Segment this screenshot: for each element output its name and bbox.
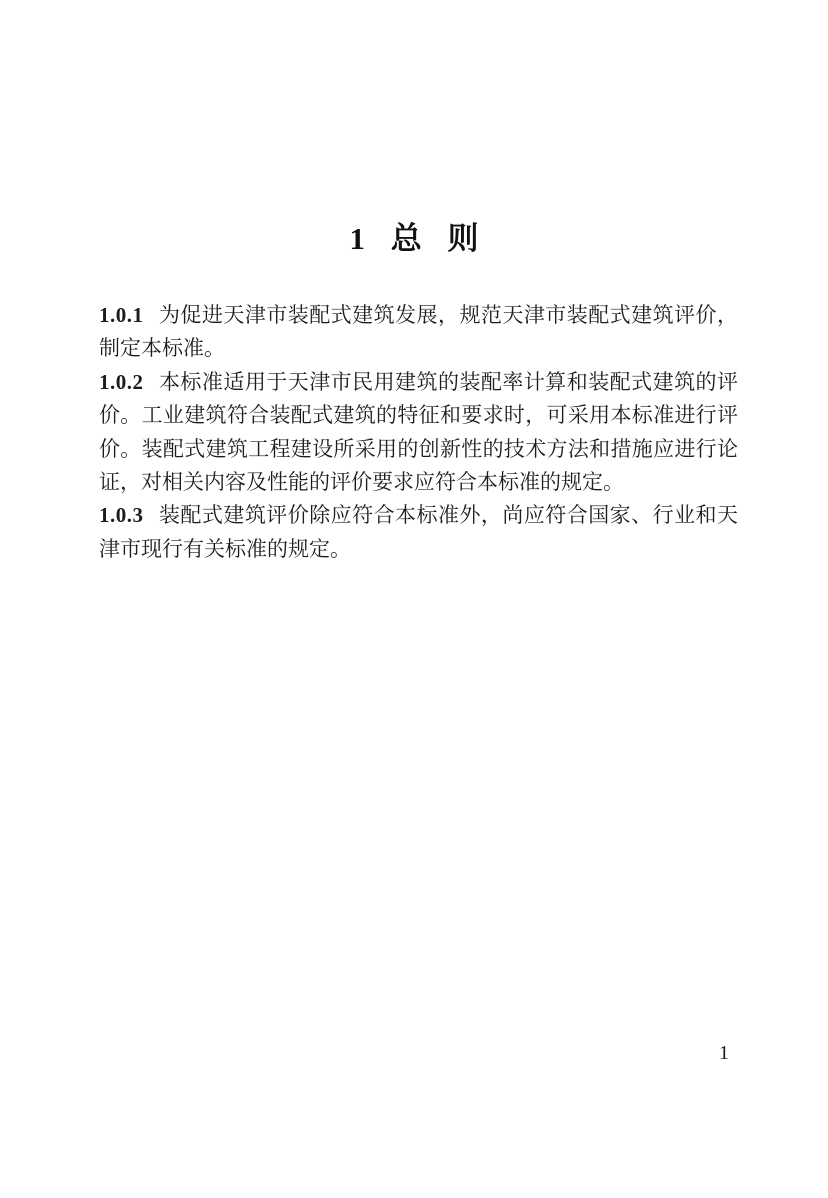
clause-paragraph: 1.0.1为促进天津市装配式建筑发展，规范天津市装配式建筑评价，制定本标准。 (99, 299, 738, 366)
clause-paragraph: 1.0.3装配式建筑评价除应符合本标准外，尚应符合国家、行业和天津市现行有关标准… (99, 499, 738, 566)
clause-text: 装配式建筑评价除应符合本标准外，尚应符合国家、行业和天津市现行有关标准的规定。 (99, 503, 738, 560)
page-number: 1 (719, 1040, 729, 1066)
chapter-title: 1 总 则 (99, 220, 738, 258)
clause-1-0-3: 1.0.3装配式建筑评价除应符合本标准外，尚应符合国家、行业和天津市现行有关标准… (99, 499, 738, 566)
clause-number: 1.0.2 (99, 370, 159, 394)
clause-text: 本标准适用于天津市民用建筑的装配率计算和装配式建筑的评价。工业建筑符合装配式建筑… (99, 370, 738, 494)
document-page: 1 总 则 1.0.1为促进天津市装配式建筑发展，规范天津市装配式建筑评价，制定… (99, 0, 738, 566)
clause-paragraph: 1.0.2本标准适用于天津市民用建筑的装配率计算和装配式建筑的评价。工业建筑符合… (99, 366, 738, 500)
clause-text: 为促进天津市装配式建筑发展，规范天津市装配式建筑评价，制定本标准。 (99, 303, 738, 360)
clause-number: 1.0.1 (99, 303, 159, 327)
clause-1-0-1: 1.0.1为促进天津市装配式建筑发展，规范天津市装配式建筑评价，制定本标准。 (99, 299, 738, 366)
clause-number: 1.0.3 (99, 503, 159, 527)
clause-1-0-2: 1.0.2本标准适用于天津市民用建筑的装配率计算和装配式建筑的评价。工业建筑符合… (99, 366, 738, 500)
